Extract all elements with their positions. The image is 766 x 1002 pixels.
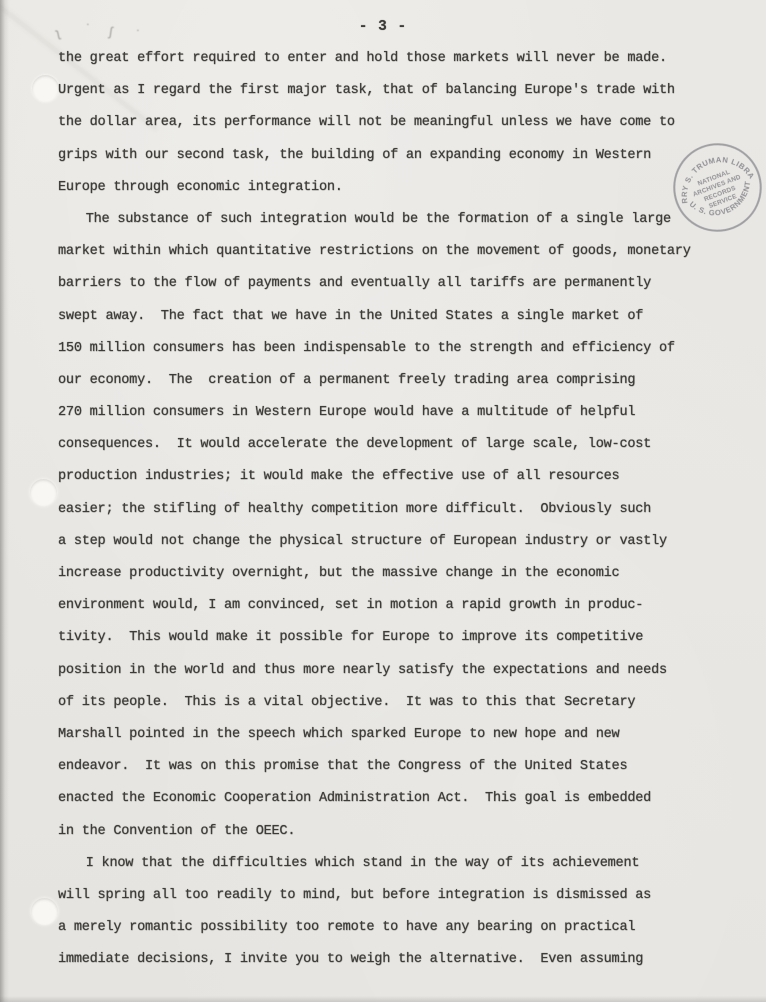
text-line: in the Convention of the OEEC. bbox=[58, 824, 726, 856]
text-line: Urgent as I regard the first major task,… bbox=[58, 83, 726, 115]
text-line: of its people. This is a vital objective… bbox=[58, 695, 726, 727]
text-line: immediate decisions, I invite you to wei… bbox=[58, 952, 726, 984]
text-line: a merely romantic possibility too remote… bbox=[58, 920, 726, 952]
document-page: ʅ ˙ ʃ ˙ - 3 - the great effort required … bbox=[0, 0, 766, 1002]
punch-hole bbox=[31, 898, 58, 925]
text-line: I know that the difficulties which stand… bbox=[58, 856, 726, 888]
text-line: easier; the stifling of healthy competit… bbox=[58, 502, 726, 534]
text-line: production industries; it would make the… bbox=[58, 469, 726, 501]
text-line: enacted the Economic Cooperation Adminis… bbox=[58, 791, 726, 823]
punch-hole bbox=[30, 479, 57, 506]
text-line: consequences. It would accelerate the de… bbox=[58, 437, 726, 469]
text-line: Marshall pointed in the speech which spa… bbox=[58, 727, 726, 759]
text-line: increase productivity overnight, but the… bbox=[58, 566, 726, 598]
text-line: endeavor. It was on this promise that th… bbox=[58, 759, 726, 791]
document-body: the great effort required to enter and h… bbox=[58, 51, 726, 984]
text-line: position in the world and thus more near… bbox=[58, 663, 726, 695]
text-line: 270 million consumers in Western Europe … bbox=[58, 405, 726, 437]
text-line: environment would, I am convinced, set i… bbox=[58, 598, 726, 630]
scan-edge-shadow-bottom bbox=[0, 996, 766, 1002]
page-number: - 3 - bbox=[0, 19, 766, 35]
text-line: The substance of such integration would … bbox=[58, 212, 726, 244]
text-line: the great effort required to enter and h… bbox=[58, 51, 726, 83]
text-line: will spring all too readily to mind, but… bbox=[58, 888, 726, 920]
text-line: grips with our second task, the building… bbox=[58, 148, 726, 180]
text-line: market within which quantitative restric… bbox=[58, 244, 726, 276]
text-line: 150 million consumers has been indispens… bbox=[58, 341, 726, 373]
text-line: the dollar area, its performance will no… bbox=[58, 115, 726, 147]
text-line: swept away. The fact that we have in the… bbox=[58, 309, 726, 341]
punch-hole bbox=[32, 75, 59, 102]
text-line: Europe through economic integration. bbox=[58, 180, 726, 212]
text-line: tivity. This would make it possible for … bbox=[58, 630, 726, 662]
text-line: barriers to the flow of payments and eve… bbox=[58, 276, 726, 308]
text-line: a step would not change the physical str… bbox=[58, 534, 726, 566]
text-line: our economy. The creation of a permanent… bbox=[58, 373, 726, 405]
scan-edge-shadow-left bbox=[0, 0, 9, 1002]
